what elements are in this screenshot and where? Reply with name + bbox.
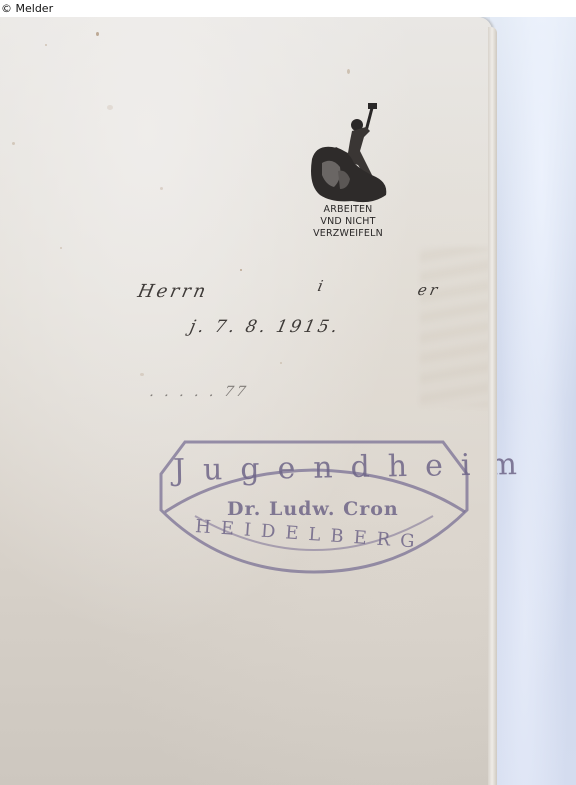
foxing-spot (160, 187, 163, 190)
foxing-spot (107, 105, 113, 110)
foxing-spot (60, 247, 62, 249)
ex-libris-bookplate: ARBEITEN VND NICHT VERZWEIFELN (302, 101, 394, 251)
foxing-spot (347, 69, 350, 74)
foxing-spot (96, 32, 99, 36)
handwritten-dedication-mid: i (316, 277, 328, 295)
backdrop-cloth (490, 17, 576, 785)
motto-line: VERZWEIFELN (302, 229, 394, 239)
page-wrinkle (420, 247, 490, 407)
motto-line: ARBEITEN (302, 205, 394, 215)
copyright-symbol: © (1, 2, 12, 15)
page-edge (488, 27, 497, 785)
foxing-spot (240, 269, 242, 271)
image-caption: © Melder (0, 0, 576, 17)
photo-credit: Melder (16, 2, 54, 15)
foxing-spot (12, 142, 15, 145)
handwritten-faded-line: . . . . . 77 (148, 384, 250, 400)
hammer-figure-icon (302, 101, 394, 213)
book-flyleaf: ARBEITEN VND NICHT VERZWEIFELN Herrn i e… (0, 17, 492, 785)
stamp-center-text: Dr. Ludw. Cron (227, 498, 399, 520)
ownership-stamp: Jugendheim Dr. Ludw. Cron HEIDELBERG (155, 432, 473, 577)
handwritten-dedication-name: Herrn (136, 281, 211, 302)
foxing-spot (140, 373, 144, 376)
handwritten-dedication-suffix: er (416, 281, 442, 299)
motto-line: VND NICHT (302, 217, 394, 227)
stamp-top-text: Jugendheim (173, 447, 536, 488)
foxing-spot (280, 362, 282, 364)
book-photograph: ARBEITEN VND NICHT VERZWEIFELN Herrn i e… (0, 17, 576, 785)
foxing-spot (45, 44, 47, 46)
handwritten-date: j. 7. 8. 1915. (188, 317, 342, 337)
